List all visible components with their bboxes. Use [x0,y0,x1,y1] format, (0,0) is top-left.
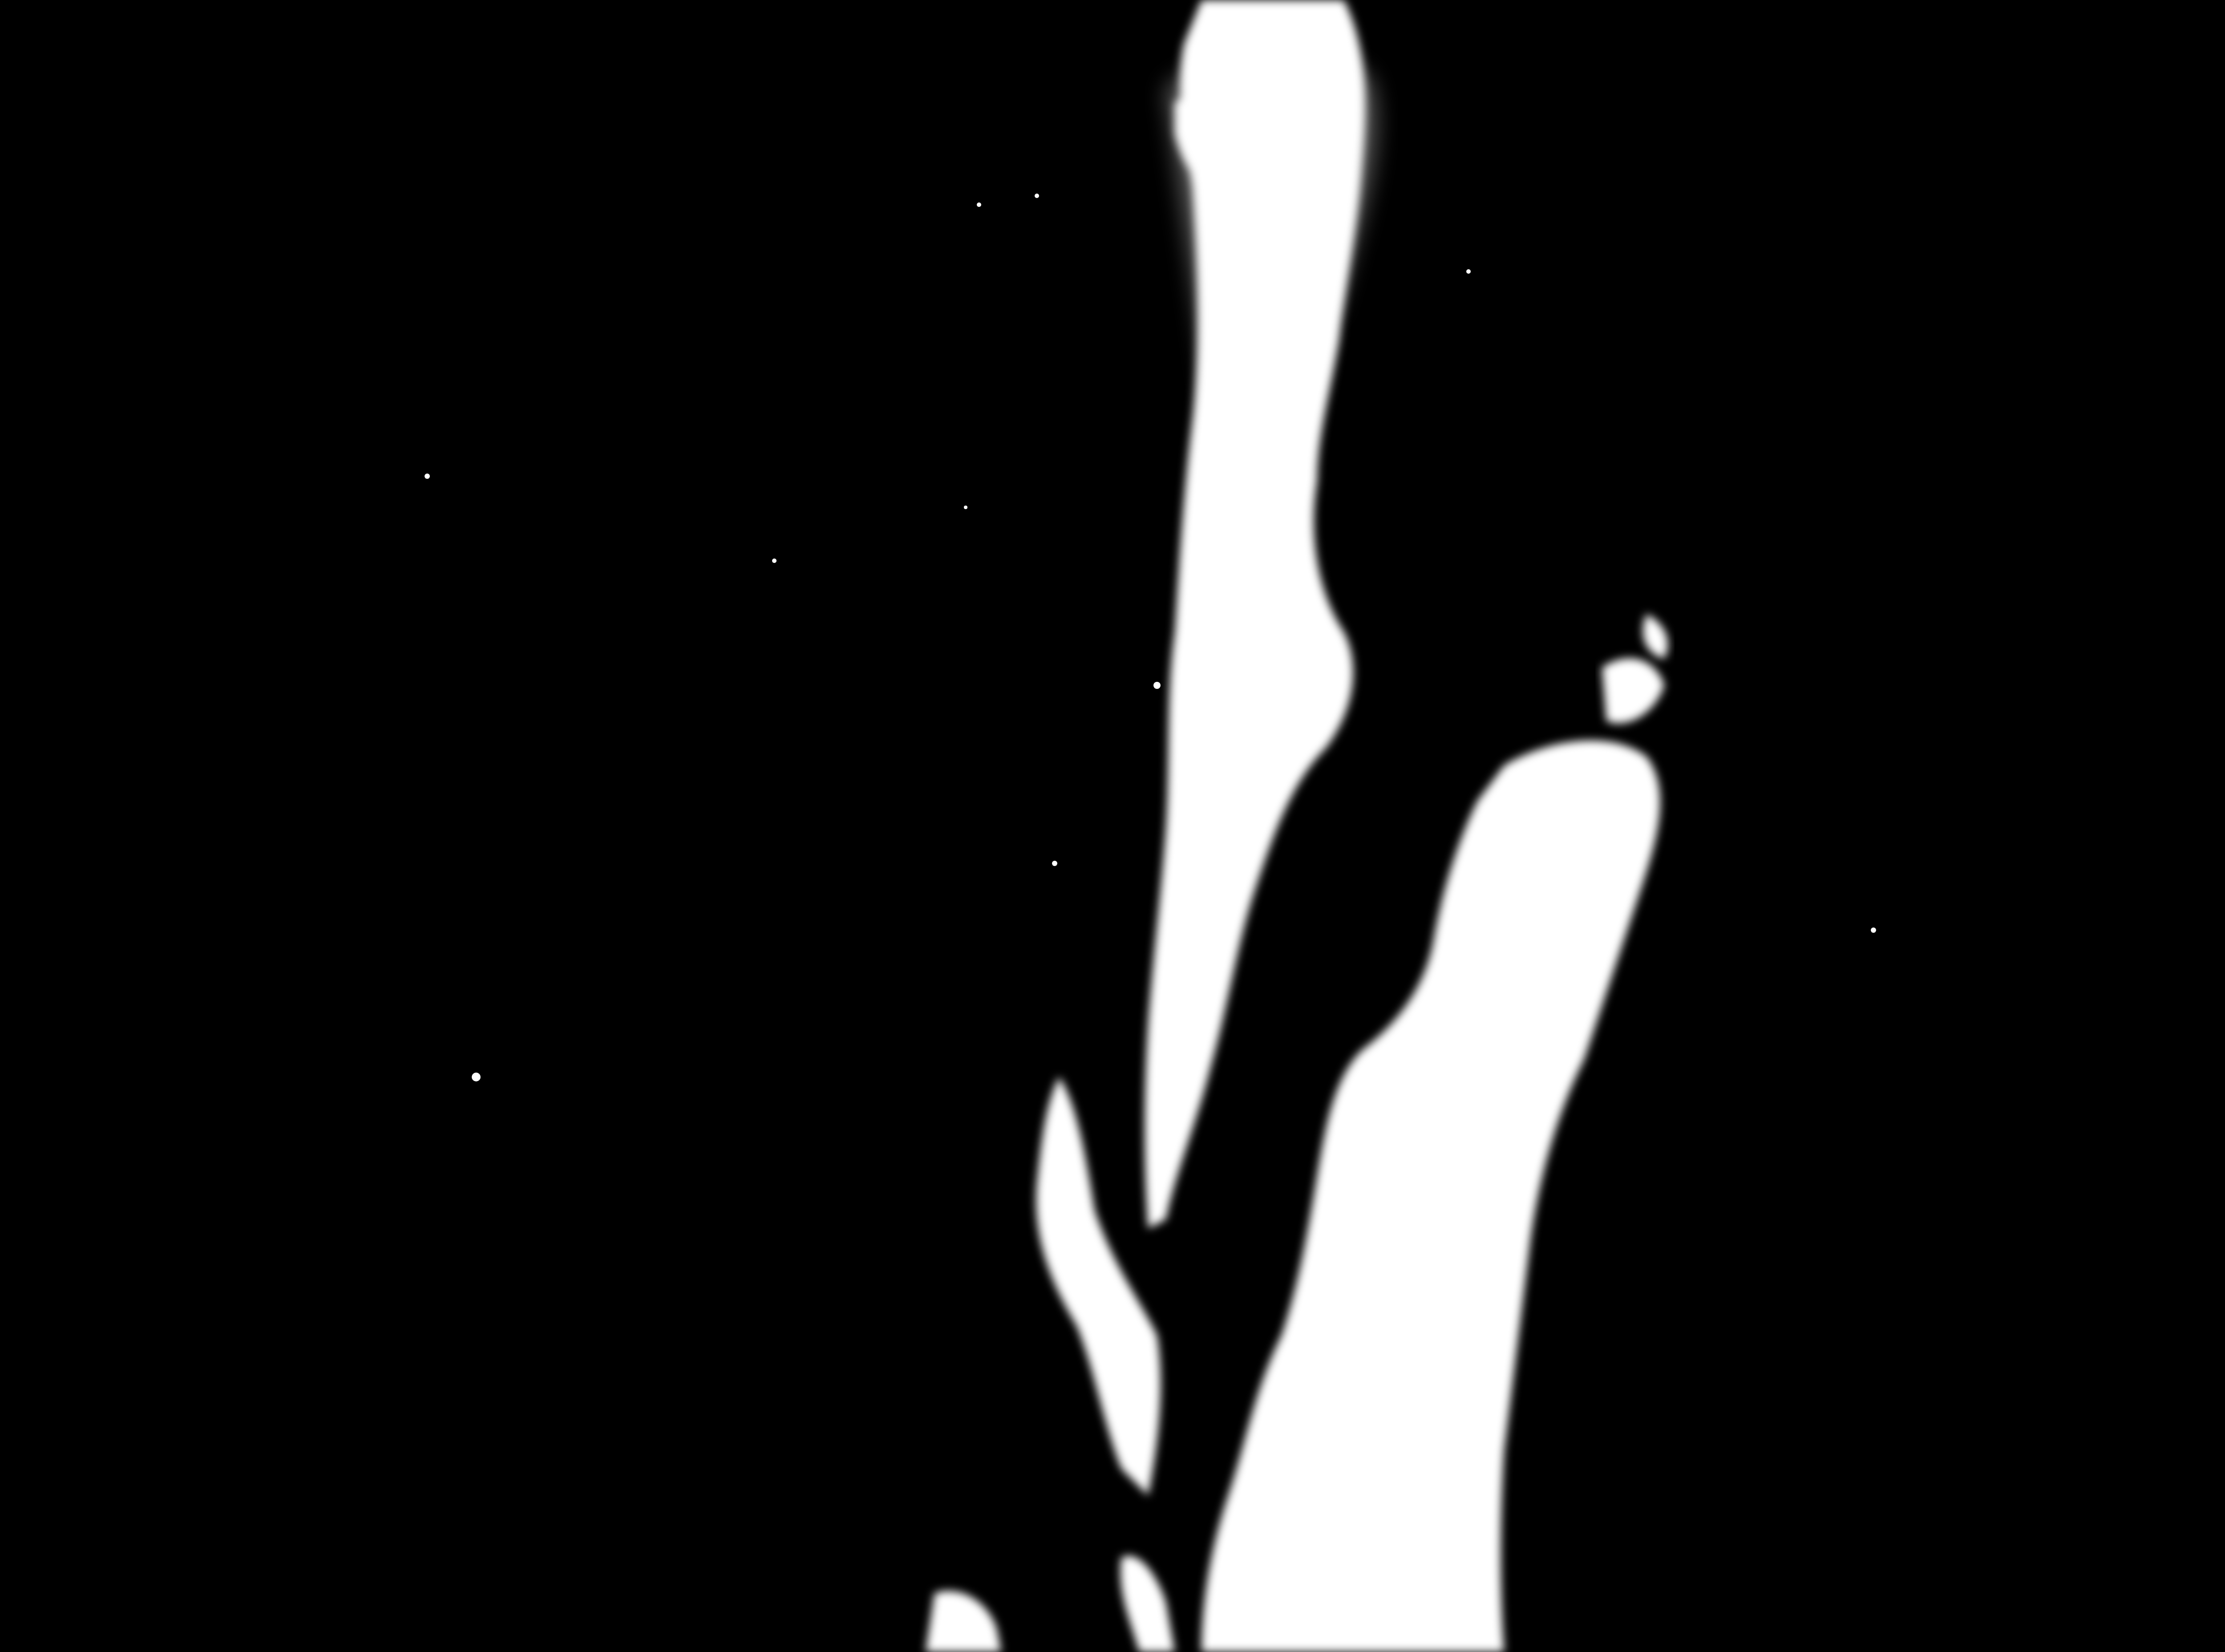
white-streaks-artwork [0,0,2225,1652]
photo-scene [0,0,2225,1652]
